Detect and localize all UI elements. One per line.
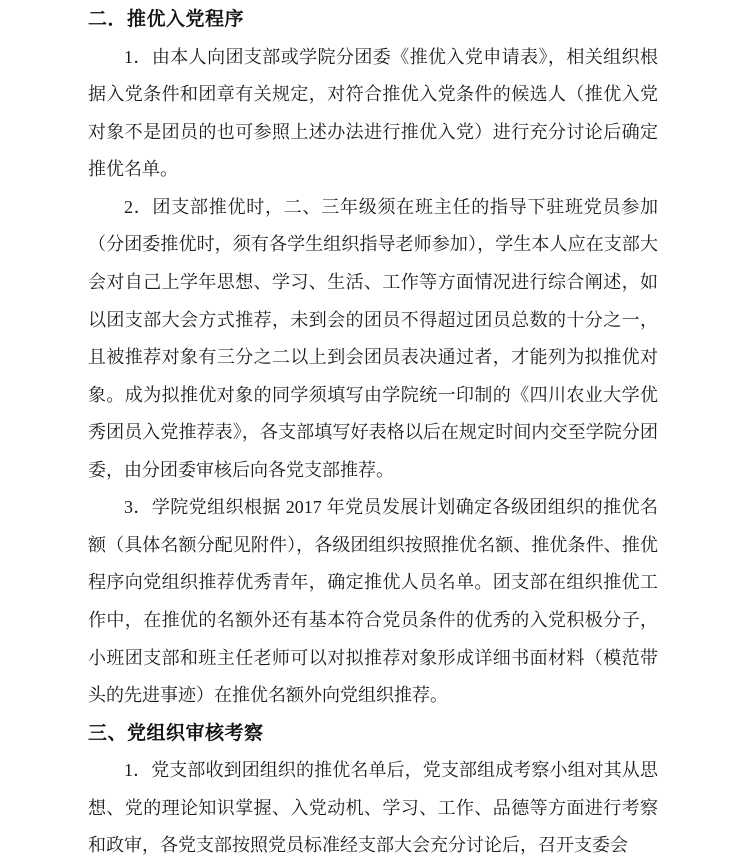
paragraph: 1．党支部收到团组织的推优名单后，党支部组成考察小组对其从思想、党的理论知识掌握… — [88, 752, 658, 864]
section-party-review: 三、党组织审核考察 1．党支部收到团组织的推优名单后，党支部组成考察小组对其从思… — [88, 715, 658, 864]
paragraph: 3．学院党组织根据 2017 年党员发展计划确定各级团组织的推优名额（具体名额分… — [88, 489, 658, 714]
section-heading: 三、党组织审核考察 — [88, 715, 658, 753]
section-heading: 二．推优入党程序 — [88, 1, 658, 39]
paragraph: 2．团支部推优时，二、三年级须在班主任的指导下驻班党员参加（分团委推优时，须有各… — [88, 189, 658, 490]
section-tuiyou-procedure: 二．推优入党程序 1．由本人向团支部或学院分团委《推优入党申请表》，相关组织根据… — [88, 1, 658, 715]
document-page: 二．推优入党程序 1．由本人向团支部或学院分团委《推优入党申请表》，相关组织根据… — [0, 0, 730, 864]
paragraph: 1．由本人向团支部或学院分团委《推优入党申请表》，相关组织根据入党条件和团章有关… — [88, 39, 658, 189]
